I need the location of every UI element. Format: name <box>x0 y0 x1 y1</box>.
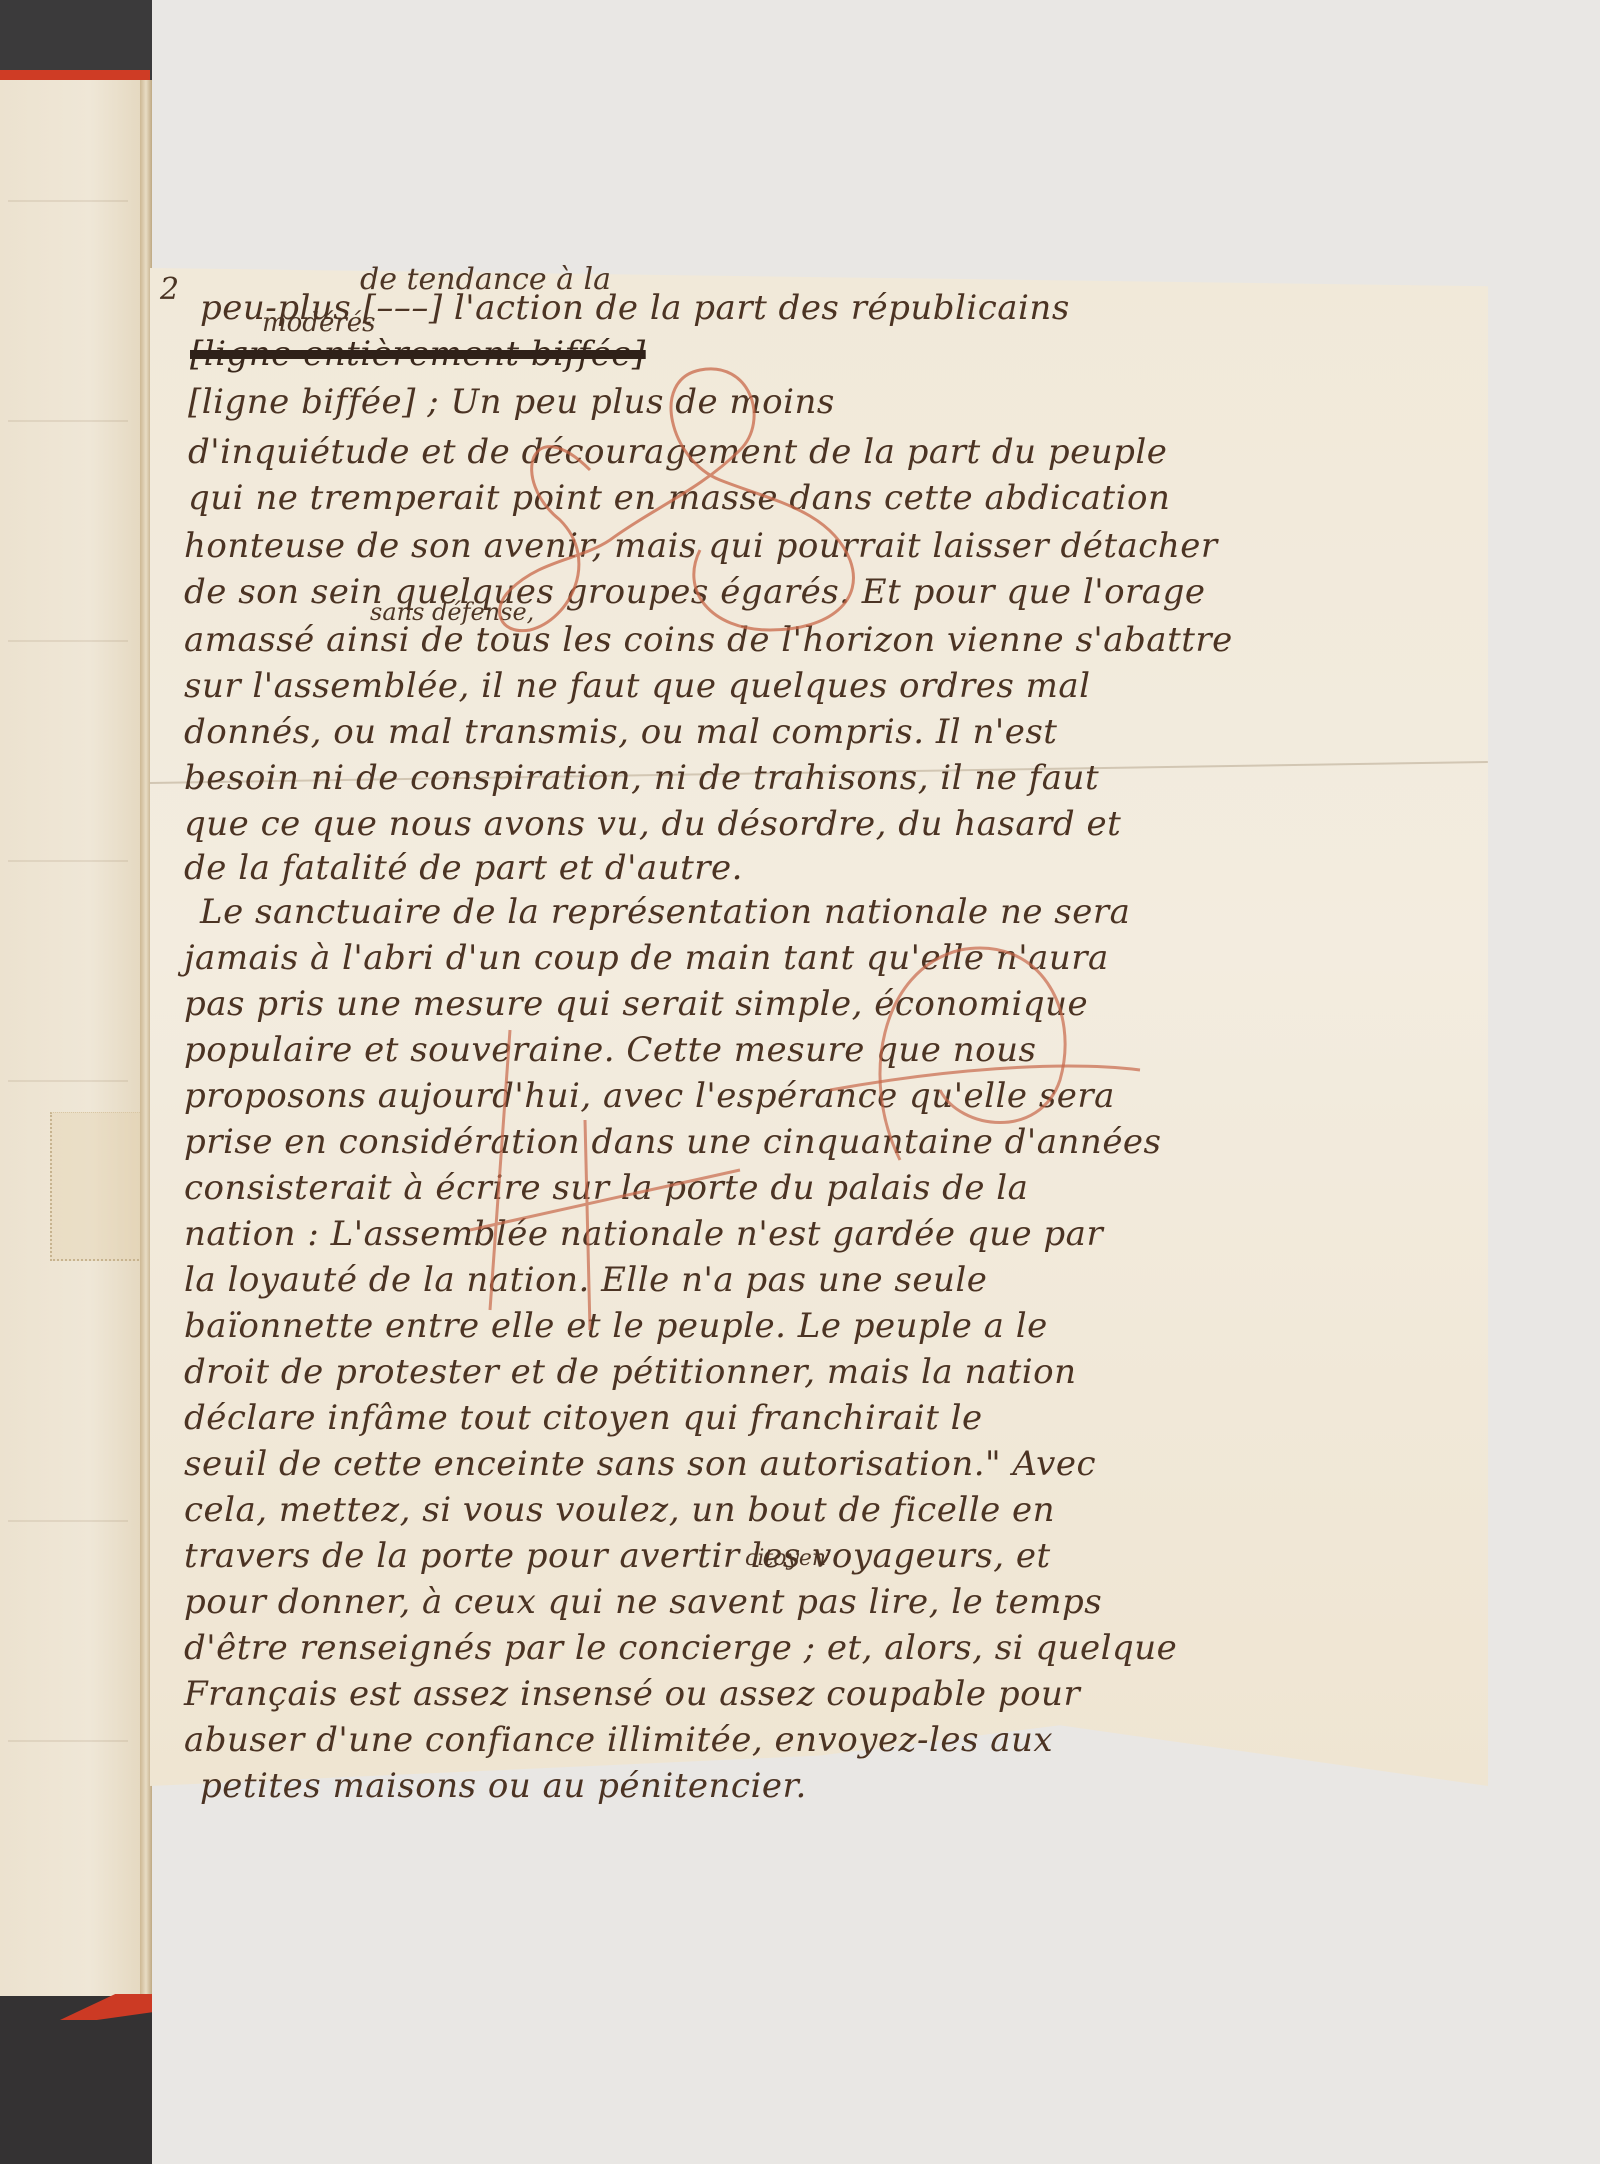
page-number: 2 <box>160 272 179 307</box>
manuscript-line: d'être renseignés par le concierge ; et,… <box>184 1628 1177 1668</box>
manuscript-line: amassé ainsi de tous les coins de l'hori… <box>184 620 1233 660</box>
bleed-through-line <box>8 1740 128 1742</box>
manuscript-line: honteuse de son avenir, mais qui pourrai… <box>184 526 1218 566</box>
stamp-outline <box>50 1112 142 1261</box>
manuscript-line: travers de la porte pour avertir les voy… <box>184 1536 1051 1576</box>
manuscript-line: Français est assez insensé ou assez coup… <box>184 1674 1080 1714</box>
manuscript-line: petites maisons ou au pénitencier. <box>200 1766 807 1806</box>
manuscript-line: sur l'assemblée, il ne faut que quelques… <box>184 666 1091 706</box>
bleed-through-line <box>8 1080 128 1082</box>
manuscript-line: pas pris une mesure qui serait simple, é… <box>184 984 1088 1024</box>
struck-line: [ligne entièrement biffée] <box>190 334 1450 374</box>
manuscript-line: abuser d'une confiance illimitée, envoye… <box>184 1720 1053 1760</box>
bleed-through-line <box>8 200 128 202</box>
facing-page-verso <box>0 80 152 2000</box>
manuscript-line: droit de protester et de pétitionner, ma… <box>184 1352 1077 1392</box>
manuscript-line: consisterait à écrire sur la porte du pa… <box>184 1168 1028 1208</box>
manuscript-line: de la fatalité de part et d'autre. <box>184 848 743 888</box>
backdrop-bottom <box>0 1996 152 2164</box>
manuscript-line: populaire et souveraine. Cette mesure qu… <box>184 1030 1036 1070</box>
manuscript-line: jamais à l'abri d'un coup de main tant q… <box>184 938 1109 978</box>
manuscript-line: déclare infâme tout citoyen qui franchir… <box>184 1398 983 1438</box>
manuscript-line: d'inquiétude et de découragement de la p… <box>188 432 1167 472</box>
manuscript-line: pour donner, à ceux qui ne savent pas li… <box>184 1582 1102 1622</box>
manuscript-line: besoin ni de conspiration, ni de trahiso… <box>184 758 1099 798</box>
manuscript-line: donnés, ou mal transmis, ou mal compris.… <box>184 712 1057 752</box>
manuscript-line: baïonnette entre elle et le peuple. Le p… <box>184 1306 1048 1346</box>
bleed-through-line <box>8 860 128 862</box>
manuscript-line: proposons aujourd'hui, avec l'espérance … <box>184 1076 1115 1116</box>
manuscript-line: seuil de cette enceinte sans son autoris… <box>184 1444 1096 1484</box>
bleed-through-line <box>8 640 128 642</box>
manuscript-line: que ce que nous avons vu, du désordre, d… <box>184 804 1121 844</box>
manuscript-line: qui ne tremperait point en masse dans ce… <box>188 478 1170 518</box>
manuscript-line: nation : L'assemblée nationale n'est gar… <box>184 1214 1103 1254</box>
bleed-through-line <box>8 1520 128 1522</box>
manuscript-line: la loyauté de la nation. Elle n'a pas un… <box>184 1260 987 1300</box>
manuscript-line: cela, mettez, si vous voulez, un bout de… <box>184 1490 1055 1530</box>
backdrop-top <box>0 0 152 80</box>
manuscript-line: Le sanctuaire de la représentation natio… <box>200 892 1130 932</box>
manuscript-line: peu-plus [–––] l'action de la part des r… <box>200 288 1070 328</box>
bleed-through-line <box>8 420 128 422</box>
manuscript-line: de son sein quelques groupes égarés. Et … <box>184 572 1205 612</box>
manuscript-line: prise en considération dans une cinquant… <box>184 1122 1162 1162</box>
manuscript-line: [ligne biffée] ; Un peu plus de moins <box>188 382 835 422</box>
